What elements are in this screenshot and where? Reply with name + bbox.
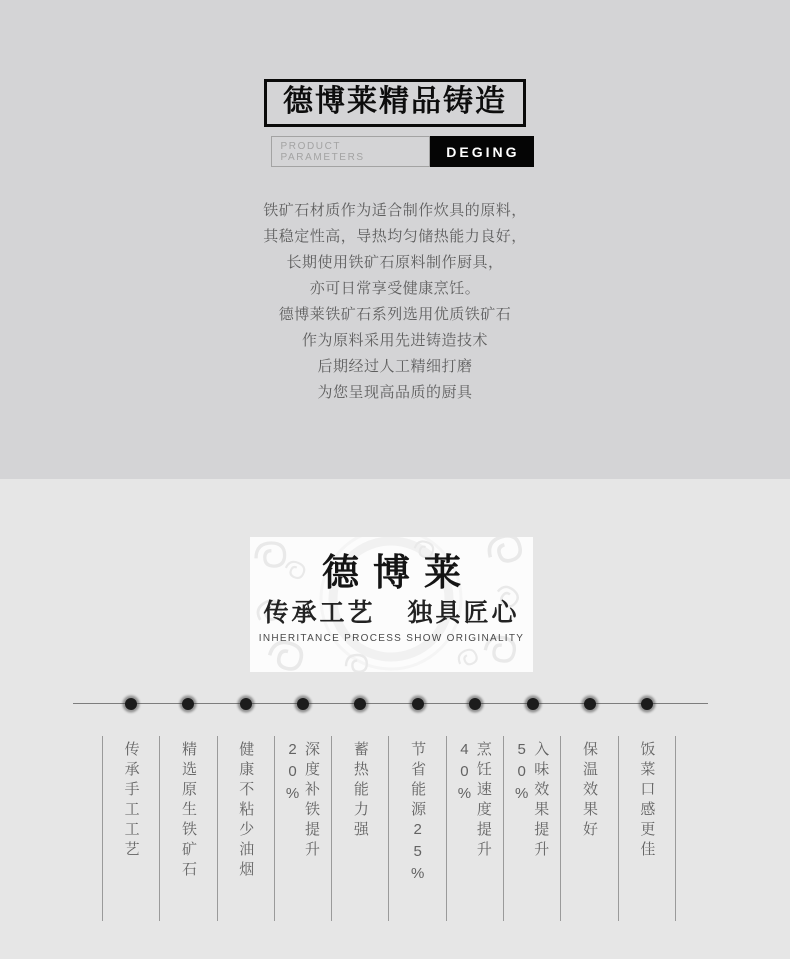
feature-list: 传承手工工艺 精选原生铁矿石 健康不粘少油烟 深度补铁提升20% 蓄热能力强 [102,736,676,921]
feature-column: 饭菜口感更佳 [618,736,676,921]
intro-line: 其稳定性高，导热均匀储热能力良好， [263,224,527,250]
intro-line: 长期使用铁矿石原料制作厨具， [263,250,527,276]
timeline-dot [641,698,653,710]
brand-slogan: 传承工艺 独具匠心 [263,600,519,628]
feature-column: 精选原生铁矿石 [159,736,216,921]
feature-column: 蓄热能力强 [331,736,388,921]
timeline-dot-cell [159,696,216,711]
timeline-dot-cell [217,696,274,711]
feature-label: 深度补铁提升20% [284,741,322,921]
intro-line: 亦可日常享受健康烹饪。 [263,276,527,302]
timeline-dot [125,698,137,710]
product-parameters-label: PRODUCT PARAMETERS [271,136,431,167]
feature-column: 保温效果好 [560,736,617,921]
timeline-dot [584,698,596,710]
timeline-dot-cell [504,696,561,711]
timeline-dot-cell [102,696,159,711]
feature-label: 保温效果好 [579,741,600,921]
intro-line: 铁矿石材质作为适合制作炊具的原料， [263,198,527,224]
intro-line: 德博莱铁矿石系列选用优质铁矿石 [263,302,527,328]
timeline-dots [102,696,676,711]
feature-column: 传承手工工艺 [102,736,159,921]
feature-label: 传承手工工艺 [121,741,142,921]
section-title: 德博莱精品铸造 [283,84,507,120]
timeline-dot-cell [561,696,618,711]
intro-line: 后期经过人工精细打磨 [263,354,527,380]
feature-label: 饭菜口感更佳 [636,741,657,921]
feature-label: 健康不粘少油烟 [235,741,256,921]
product-parameters-section: 德博莱精品铸造 PRODUCT PARAMETERS DEGING 铁矿石材质作… [0,0,790,479]
slogan-right: 独具匠心 [408,600,520,628]
intro-paragraph: 铁矿石材质作为适合制作炊具的原料，其稳定性高，导热均匀储热能力良好，长期使用铁矿… [263,198,527,406]
feature-label: 节省能源25% [407,741,428,921]
feature-column: 烹饪速度提升40% [446,736,503,921]
feature-label: 蓄热能力强 [350,741,371,921]
timeline-dot-cell [274,696,331,711]
timeline-dot [297,698,309,710]
brand-slogan-english: INHERITANCE PROCESS SHOW ORIGINALITY [259,633,525,644]
feature-column: 节省能源25% [388,736,445,921]
intro-line: 作为原料采用先进铸造技术 [263,328,527,354]
intro-line: 为您呈现高品质的厨具 [263,380,527,406]
brand-card-content: 德博莱 传承工艺 独具匠心 INHERITANCE PROCESS SHOW O… [250,537,533,672]
timeline-dot-cell [389,696,446,711]
timeline-dot [354,698,366,710]
timeline-dot-cell [619,696,676,711]
timeline-dot [240,698,252,710]
feature-label: 精选原生铁矿石 [178,741,199,921]
feature-label: 烹饪速度提升40% [456,741,494,921]
craftsmanship-section: 德博莱 传承工艺 独具匠心 INHERITANCE PROCESS SHOW O… [0,479,790,959]
slogan-left: 传承工艺 [263,600,375,628]
timeline-dot [412,698,424,710]
section-title-box: 德博莱精品铸造 [264,79,526,127]
brand-card: 德博莱 传承工艺 独具匠心 INHERITANCE PROCESS SHOW O… [250,537,533,672]
feature-label: 入味效果提升50% [513,741,551,921]
section-subtitle-row: PRODUCT PARAMETERS DEGING [271,136,534,167]
timeline-dot [182,698,194,710]
feature-column: 深度补铁提升20% [274,736,331,921]
brand-name-calligraphy: 德博莱 [308,553,475,595]
feature-column: 健康不粘少油烟 [217,736,274,921]
timeline-dot [527,698,539,710]
timeline-dot [469,698,481,710]
timeline-dot-cell [446,696,503,711]
product-detail-page: 德博莱精品铸造 PRODUCT PARAMETERS DEGING 铁矿石材质作… [0,0,790,959]
timeline-dot-cell [332,696,389,711]
feature-column: 入味效果提升50% [503,736,560,921]
brand-badge: DEGING [430,136,533,167]
